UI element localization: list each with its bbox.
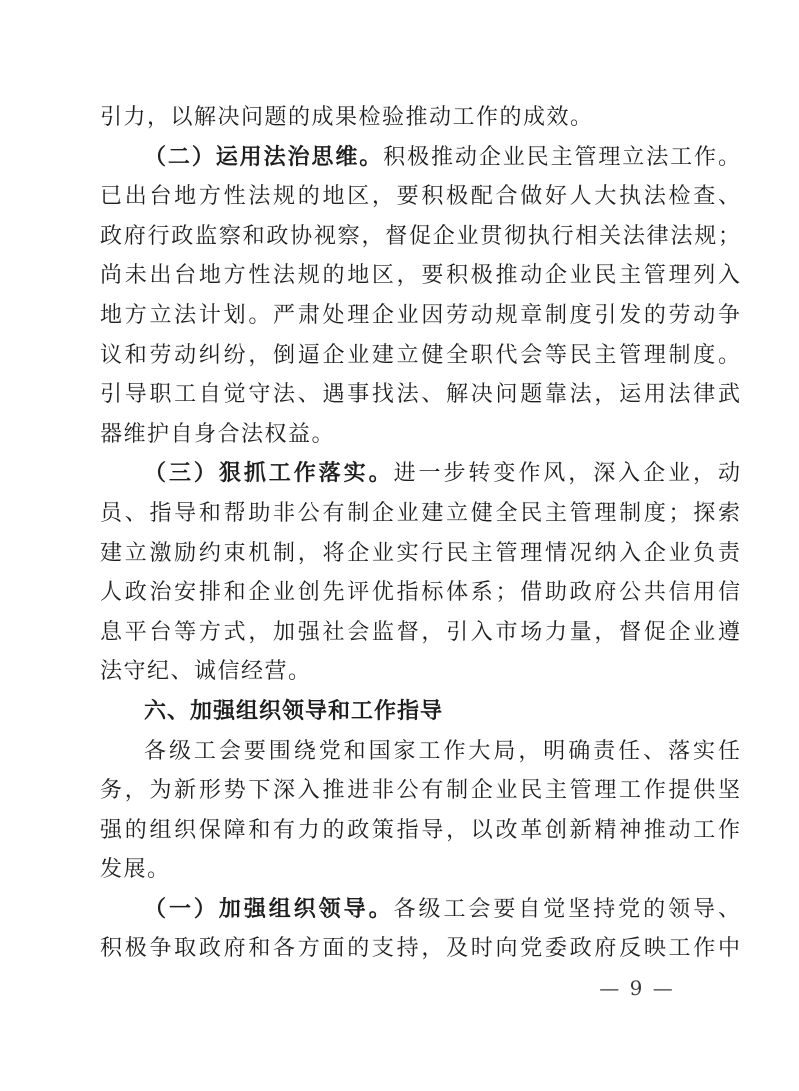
body-text: 引导职工自觉守法、遇事找法、解决问题靠法，运用法律武 <box>100 382 740 407</box>
emphasis-text: 六、加强组织领导和工作指导 <box>144 699 443 724</box>
line-09: 器维护自身合法权益。 <box>100 415 740 455</box>
body-text: 地方立法计划。严肃处理企业因劳动规章制度引发的劳动争 <box>100 303 740 328</box>
line-13: 人政治安排和企业创先评优指标体系；借助政府公共信用信 <box>100 573 740 613</box>
body-text: 议和劳动纠纷，倒逼企业建立健全职代会等民主管理制度。 <box>100 343 740 368</box>
body-text: 引力，以解决问题的成果检验推动工作的成效。 <box>100 105 594 130</box>
body-text: 务，为新形势下深入推进非公有制企业民主管理工作提供坚 <box>100 778 740 803</box>
body-text: 积极争取政府和各方面的支持，及时向党委政府反映工作中 <box>100 936 740 961</box>
line-07: 议和劳动纠纷，倒逼企业建立健全职代会等民主管理制度。 <box>100 336 740 376</box>
emphasis-text: （二）运用法治思维。 <box>144 144 383 170</box>
line-03: 已出台地方性法规的地区，要积极配合做好人大执法检查、 <box>100 177 740 217</box>
body-text: 积极推动企业民主管理立法工作。 <box>383 145 740 170</box>
line-08: 引导职工自觉守法、遇事找法、解决问题靠法，运用法律武 <box>100 375 740 415</box>
body-text: 法守纪、诚信经营。 <box>100 659 312 684</box>
line-02: （二）运用法治思维。积极推动企业民主管理立法工作。 <box>100 138 740 178</box>
body-text: 发展。 <box>100 857 171 882</box>
body-text: 息平台等方式，加强社会监督，引入市场力量，督促企业遵 <box>100 620 740 645</box>
body-text: 已出台地方性法规的地区，要积极配合做好人大执法检查、 <box>100 184 740 209</box>
document-body: 引力，以解决问题的成果检验推动工作的成效。（二）运用法治思维。积极推动企业民主管… <box>100 98 740 969</box>
line-04: 政府行政监察和政协视察，督促企业贯彻执行相关法律法规； <box>100 217 740 257</box>
body-text: 建立激励约束机制，将企业实行民主管理情况纳入企业负责 <box>100 541 740 566</box>
body-text: 尚未出台地方性法规的地区，要积极推动企业民主管理列入 <box>100 263 740 288</box>
line-17: 各级工会要围绕党和国家工作大局，明确责任、落实任 <box>100 732 740 772</box>
body-text: 器维护自身合法权益。 <box>100 422 335 447</box>
body-text: 各级工会要自觉坚持党的领导、 <box>394 897 740 922</box>
line-11: 员、指导和帮助非公有制企业建立健全民主管理制度；探索 <box>100 494 740 534</box>
line-14: 息平台等方式，加强社会监督，引入市场力量，督促企业遵 <box>100 613 740 653</box>
line-19: 强的组织保障和有力的政策指导，以改革创新精神推动工作 <box>100 811 740 851</box>
line-22: 积极争取政府和各方面的支持，及时向党委政府反映工作中 <box>100 929 740 969</box>
line-06: 地方立法计划。严肃处理企业因劳动规章制度引发的劳动争 <box>100 296 740 336</box>
line-15: 法守纪、诚信经营。 <box>100 652 740 692</box>
line-20: 发展。 <box>100 850 740 890</box>
page-number: — 9 — <box>592 976 682 1000</box>
line-16: 六、加强组织领导和工作指导 <box>100 692 740 732</box>
emphasis-text: （一）加强组织领导。 <box>144 896 394 922</box>
line-21: （一）加强组织领导。各级工会要自觉坚持党的领导、 <box>100 890 740 930</box>
body-text: 强的组织保障和有力的政策指导，以改革创新精神推动工作 <box>100 818 740 843</box>
line-12: 建立激励约束机制，将企业实行民主管理情况纳入企业负责 <box>100 534 740 574</box>
body-text: 人政治安排和企业创先评优指标体系；借助政府公共信用信 <box>100 580 740 605</box>
line-05: 尚未出台地方性法规的地区，要积极推动企业民主管理列入 <box>100 256 740 296</box>
body-text: 各级工会要围绕党和国家工作大局，明确责任、落实任 <box>144 739 740 764</box>
emphasis-text: （三）狠抓工作落实。 <box>144 460 394 486</box>
body-text: 政府行政监察和政协视察，督促企业贯彻执行相关法律法规； <box>100 224 740 249</box>
line-01: 引力，以解决问题的成果检验推动工作的成效。 <box>100 98 740 138</box>
line-10: （三）狠抓工作落实。进一步转变作风，深入企业，动 <box>100 454 740 494</box>
line-18: 务，为新形势下深入推进非公有制企业民主管理工作提供坚 <box>100 771 740 811</box>
body-text: 员、指导和帮助非公有制企业建立健全民主管理制度；探索 <box>100 501 740 526</box>
body-text: 进一步转变作风，深入企业，动 <box>394 461 740 486</box>
document-page: 引力，以解决问题的成果检验推动工作的成效。（二）运用法治思维。积极推动企业民主管… <box>0 0 799 1091</box>
